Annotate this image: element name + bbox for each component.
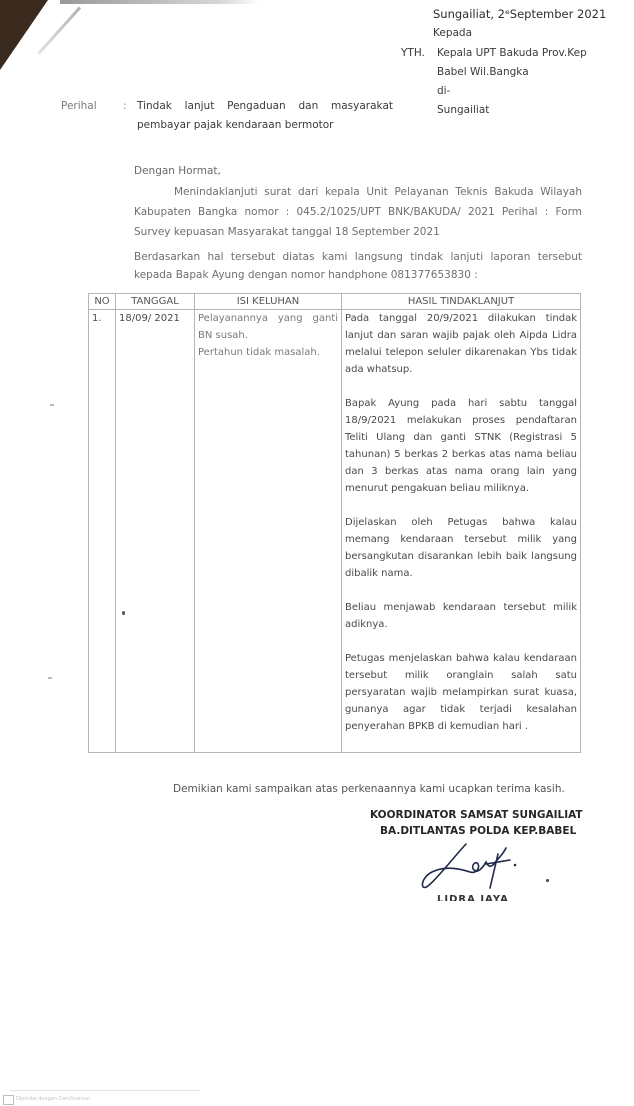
signature-icon <box>418 838 528 893</box>
result-paragraph: Petugas menjelaskan bahwa kalau kendaraa… <box>345 650 577 735</box>
recipient-line: Sungailiat <box>437 101 587 120</box>
recipient-line: Kepala UPT Bakuda Prov.Kep <box>437 44 587 63</box>
result-paragraph: Bapak Ayung pada hari sabtu tanggal 18/9… <box>345 395 577 497</box>
closing-text: Demikian kami sampaikan atas perkenaanny… <box>173 780 565 798</box>
table-row: 1. 18/09/ 2021 Pelayanannya yang ganti B… <box>89 310 581 753</box>
camscanner-icon <box>3 1095 14 1105</box>
paragraph-intro: Menindaklanjuti surat dari kepala Unit P… <box>134 182 582 242</box>
result-paragraph: Beliau menjawab kendaraan tersebut milik… <box>345 599 577 633</box>
cell-hasil: Pada tanggal 20/9/2021 dilakukan tindak … <box>342 310 581 753</box>
place-date: Sungailiat, 2ᵉSeptember 2021 <box>433 5 606 23</box>
yth-label: YTH. <box>401 44 425 62</box>
kepada-label: Kepada <box>433 24 472 42</box>
photo-corner-shadow <box>0 0 48 70</box>
paper-speck <box>122 611 125 615</box>
top-edge-shadow <box>60 0 260 4</box>
perihal-text: Tindak lanjut Pengaduan dan masyarakat p… <box>137 97 393 135</box>
paper-speck <box>48 677 52 679</box>
paragraph-followup: Berdasarkan hal tersebut diatas kami lan… <box>134 248 582 284</box>
recipient-line: di- <box>437 82 587 101</box>
result-paragraph: Dijelaskan oleh Petugas bahwa kalau mema… <box>345 514 577 582</box>
cell-tanggal: 18/09/ 2021 <box>116 310 195 753</box>
header-isi-keluhan: ISI KELUHAN <box>195 294 342 310</box>
recipient-line: Babel Wil.Bangka <box>437 63 587 82</box>
header-hasil: HASIL TINDAKLANJUT <box>342 294 581 310</box>
table-header-row: NO TANGGAL ISI KELUHAN HASIL TINDAKLANJU… <box>89 294 581 310</box>
scanner-watermark: Dipindai dengan CamScanner <box>16 1094 91 1104</box>
footer-divider <box>10 1090 200 1091</box>
header-no: NO <box>89 294 116 310</box>
perihal-label: Perihal <box>61 97 97 115</box>
complaint-text: Pertahun tidak masalah. <box>198 344 338 361</box>
cell-isi-keluhan: Pelayanannya yang ganti BN susah. Pertah… <box>195 310 342 753</box>
salutation: Dengan Hormat, <box>134 162 221 180</box>
complaint-text: Pelayanannya yang ganti BN susah. <box>198 310 338 344</box>
paper-speck <box>50 404 54 406</box>
complaint-table: NO TANGGAL ISI KELUHAN HASIL TINDAKLANJU… <box>88 293 581 753</box>
paper-speck <box>546 879 549 882</box>
recipient-address: Kepala UPT Bakuda Prov.Kep Babel Wil.Ban… <box>437 44 587 120</box>
perihal-colon: : <box>123 97 127 115</box>
cell-no: 1. <box>89 310 116 753</box>
signatory-name: LIDRA JAYA <box>437 891 509 901</box>
result-paragraph: Pada tanggal 20/9/2021 dilakukan tindak … <box>345 310 577 378</box>
header-tanggal: TANGGAL <box>116 294 195 310</box>
